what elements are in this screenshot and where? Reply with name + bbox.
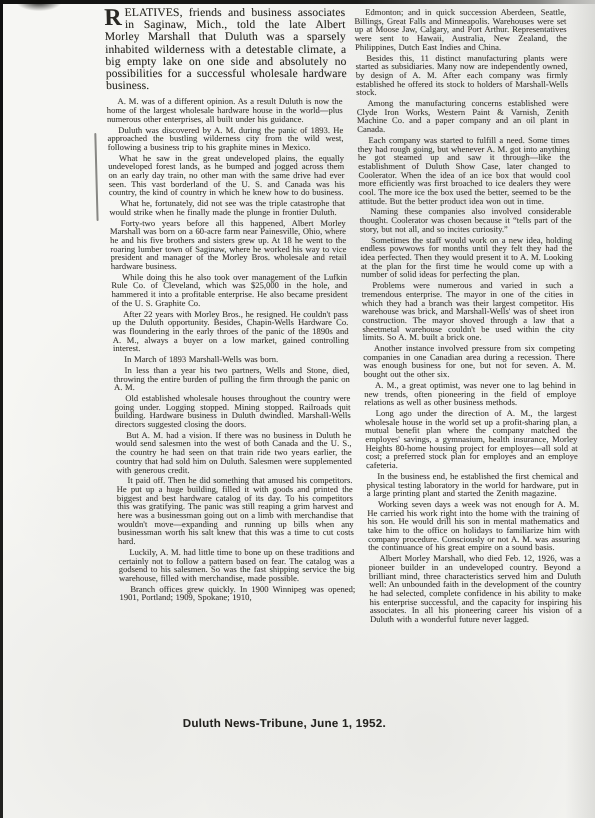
right-column: Edmonton; and in quick succession Aberde… xyxy=(354,8,582,626)
article-paragraph: After 22 years with Morley Bros., he res… xyxy=(112,310,349,354)
article-paragraph: Duluth was discovered by A. M. during th… xyxy=(107,126,344,152)
article-paragraph: In less than a year his two partners, We… xyxy=(113,366,350,392)
article-paragraph: Problems were numerous and varied in suc… xyxy=(361,281,575,342)
article-paragraph: Old established wholesale houses through… xyxy=(114,394,351,429)
left-column-paragraphs: A. M. was of a different opinion. As a r… xyxy=(106,97,355,602)
article-paragraph: What he saw in the great undeveloped pla… xyxy=(108,154,345,198)
article-paragraph: A. M. was of a different opinion. As a r… xyxy=(106,97,343,123)
article-paragraph: Forty-two years before all this happened… xyxy=(110,219,347,271)
article-paragraph: Naming these companies also involved con… xyxy=(359,207,572,233)
article-body: RELATIVES, friends and business associat… xyxy=(104,7,587,797)
drop-cap: R xyxy=(104,7,125,28)
lead-text: ELATIVES, friends and business associate… xyxy=(105,6,347,92)
article-paragraph: Another instance involved pressure from … xyxy=(363,344,576,379)
scan-smudge xyxy=(16,0,62,11)
article-paragraph: Among the manufacturing concerns establi… xyxy=(356,99,569,134)
lead-paragraph: RELATIVES, friends and business associat… xyxy=(104,7,347,92)
margin-pen-mark xyxy=(94,133,98,221)
left-column: RELATIVES, friends and business associat… xyxy=(104,7,356,604)
scan-edge-top xyxy=(0,0,595,4)
article-paragraph: Luckily, A. M. had little time to bone u… xyxy=(118,548,355,583)
article-paragraph: Besides this, 11 distinct manufacturing … xyxy=(355,54,568,98)
article-paragraph: Branch offices grew quickly. In 1900 Win… xyxy=(119,585,355,602)
right-column-paragraphs: Edmonton; and in quick succession Aberde… xyxy=(354,8,582,624)
article-paragraph: Sometimes the staff would work on a new … xyxy=(360,236,573,280)
article-paragraph: While doing this he also took over manag… xyxy=(111,273,348,308)
scanned-newspaper-page: RELATIVES, friends and business associat… xyxy=(0,0,595,818)
article-paragraph: But A. M. had a vision. If there was no … xyxy=(115,431,352,475)
publication-credit: Duluth News-Tribune, June 1, 1952. xyxy=(183,718,387,730)
article-paragraph: Working seven days a week was not enough… xyxy=(367,500,580,552)
article-paragraph: Each company was started to fulfill a ne… xyxy=(357,136,571,206)
article-paragraph: In the business end, he established the … xyxy=(366,472,579,498)
article-paragraph: What he, fortunately, did not see was th… xyxy=(109,199,345,216)
article-paragraph: A. M., a great optimist, was never one t… xyxy=(364,381,577,407)
article-paragraph: It paid off. Then he did something that … xyxy=(116,476,354,546)
article-paragraph: Edmonton; and in quick succession Aberde… xyxy=(354,8,567,52)
article-paragraph: Long ago under the direction of A. M., t… xyxy=(365,409,579,470)
article-paragraph: Albert Morley Marshall, who died Feb. 12… xyxy=(368,554,582,624)
article-paragraph: In March of 1893 Marshall-Wells was born… xyxy=(113,355,349,364)
scan-edge-left xyxy=(0,0,3,818)
